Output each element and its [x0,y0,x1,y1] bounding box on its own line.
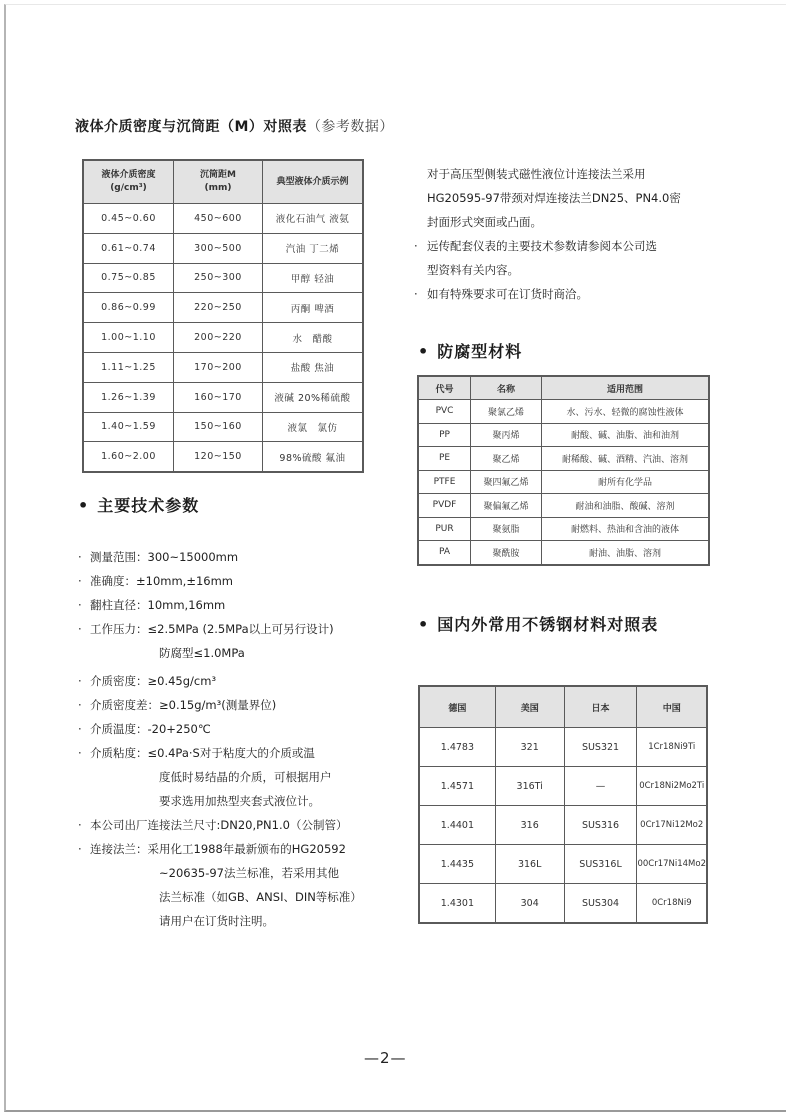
cell-example: 液碱 20%稀硫酸 [263,382,364,412]
cell-density: 1.26~1.39 [83,382,174,412]
cell-germany: 1.4301 [419,884,495,924]
cell-example: 盐酸 焦油 [263,352,364,382]
cell-distance: 220~250 [174,293,263,323]
cell-example: 液化石油气 液氨 [263,204,364,234]
note-line: HG20595-97带颈对焊连接法兰DN25、PN4.0密 [420,186,740,210]
cell-scope: 耐所有化学品 [542,470,710,494]
cell-scope: 耐酸、碱、油脂、油和油剂 [542,423,710,447]
cell-code: PP [418,423,471,447]
cell-scope: 耐燃料、热油和含油的液体 [542,517,710,541]
spec-value: ±10mm,±16mm [136,574,233,588]
table-header-row: 代号 名称 适用范围 [418,376,709,400]
header-china: 中国 [637,686,707,728]
cell-usa: 316Ti [495,767,564,806]
note-bullet: ·远传配套仪表的主要技术参数请参阅本公司选 [420,234,740,258]
spec-item-diameter: ·翻柱直径：10mm,16mm [78,593,408,617]
cell-usa: 304 [495,884,564,924]
header-density: 液体介质密度(g/cm³) [83,160,174,204]
cell-distance: 300~500 [174,233,263,263]
header-name: 名称 [471,376,542,400]
spec-label: 准确度： [90,574,136,588]
cell-distance: 120~150 [174,442,263,472]
cell-scope: 耐油和油脂、酸碱、溶剂 [542,494,710,518]
bullet-dot: • [418,615,429,634]
table-header-row: 德国 美国 日本 中国 [419,686,707,728]
steel-heading: •国内外常用不锈钢材料对照表 [418,612,658,635]
spec-item-temperature: ·介质温度：-20+250℃ [78,717,408,741]
density-table: 液体介质密度(g/cm³) 沉筒距M(mm) 典型液体介质示例 0.45~0.6… [82,159,364,473]
cell-code: PE [418,447,471,471]
spec-value: 10mm,16mm [148,598,226,612]
table-header-row: 液体介质密度(g/cm³) 沉筒距M(mm) 典型液体介质示例 [83,160,363,204]
cell-scope: 耐油、油脂、溶剂 [542,541,710,565]
cell-name: 聚乙烯 [471,447,542,471]
cell-density: 1.11~1.25 [83,352,174,382]
cell-name: 聚丙烯 [471,423,542,447]
density-title-suffix: （参考数据） [307,119,394,135]
cell-china: 0Cr18Ni9 [637,884,707,924]
cell-japan: — [564,767,637,806]
spec-value: 300~15000mm [148,550,239,564]
cell-usa: 321 [495,728,564,767]
cell-china: 0Cr18Ni2Mo2Ti [637,767,707,806]
cell-japan: SUS316L [564,845,637,884]
cell-name: 聚酰胺 [471,541,542,565]
spec-continuation: 防腐型≤1.0MPa [78,641,408,665]
bullet-dot: · [78,545,90,569]
table-row: 1.4783321SUS3211Cr18Ni9Ti [419,728,707,767]
spec-continuation: ~20635-97法兰标准，若采用其他 [78,861,408,885]
cell-code: PTFE [418,470,471,494]
table-row: PVC聚氯乙烯水、污水、轻微的腐蚀性液体 [418,400,709,424]
anticorrosion-table: 代号 名称 适用范围 PVC聚氯乙烯水、污水、轻微的腐蚀性液体 PP聚丙烯耐酸、… [417,375,710,566]
cell-density: 1.40~1.59 [83,412,174,442]
spec-label: 介质密度差： [90,698,159,712]
header-scope: 适用范围 [542,376,710,400]
cell-example: 98%硫酸 氟油 [263,442,364,472]
spec-item-range: ·测量范围：300~15000mm [78,545,408,569]
cell-example: 汽油 丁二烯 [263,233,364,263]
cell-japan: SUS316 [564,806,637,845]
cell-germany: 1.4571 [419,767,495,806]
cell-distance: 160~170 [174,382,263,412]
header-distance: 沉筒距M(mm) [174,160,263,204]
spec-item-factory-flange: ·本公司出厂连接法兰尺寸:DN20,PN1.0（公制管） [78,813,408,837]
table-row: PE聚乙烯耐稀酸、碱、酒精、汽油、溶剂 [418,447,709,471]
cell-density: 0.75~0.85 [83,263,174,293]
cell-distance: 150~160 [174,412,263,442]
cell-density: 1.60~2.00 [83,442,174,472]
table-row: 1.11~1.25170~200盐酸 焦油 [83,352,363,382]
bullet-dot: · [414,234,418,258]
note-bullet: ·如有特殊要求可在订货时商洽。 [420,282,740,306]
table-row: 1.26~1.39160~170液碱 20%稀硫酸 [83,382,363,412]
spec-continuation: 度低时易结晶的介质，可根据用户 [78,765,408,789]
anticorrosion-heading: •防腐型材料 [418,339,522,362]
table-row: 0.61~0.74300~500汽油 丁二烯 [83,233,363,263]
table-row: 1.40~1.59150~160液氯 氯仿 [83,412,363,442]
cell-density: 0.61~0.74 [83,233,174,263]
spec-value: DN20,PN1.0（公制管） [220,818,347,832]
cell-scope: 水、污水、轻微的腐蚀性液体 [542,400,710,424]
spec-label: 翻柱直径： [90,598,148,612]
spec-label: 介质温度： [90,722,148,736]
stainless-steel-table: 德国 美国 日本 中国 1.4783321SUS3211Cr18Ni9Ti 1.… [418,685,708,924]
bullet-dot: · [78,717,90,741]
bullet-dot: · [78,669,90,693]
table-row: 0.86~0.99220~250丙酮 啤酒 [83,293,363,323]
spec-continuation: 要求选用加热型夹套式液位计。 [78,789,408,813]
specs-list: ·测量范围：300~15000mm ·准确度：±10mm,±16mm ·翻柱直径… [78,545,408,933]
spec-value: ≤2.5MPa (2.5MPa以上可另行设计) [148,622,334,636]
table-row: PVDF聚偏氟乙烯耐油和油脂、酸碱、溶剂 [418,494,709,518]
note-line: 封面形式突面或凸面。 [420,210,740,234]
spec-item-viscosity: ·介质粘度：≤0.4Pa·S对于粘度大的介质或温 [78,741,408,765]
spec-item-accuracy: ·准确度：±10mm,±16mm [78,569,408,593]
cell-china: 1Cr18Ni9Ti [637,728,707,767]
spec-label: 连接法兰： [90,842,148,856]
cell-germany: 1.4783 [419,728,495,767]
table-row: 1.4571316Ti—0Cr18Ni2Mo2Ti [419,767,707,806]
bullet-dot: · [78,693,90,717]
note-line: 对于高压型侧装式磁性液位计连接法兰采用 [420,162,740,186]
bullet-dot: · [78,813,90,837]
table-row: 0.45~0.60450~600液化石油气 液氨 [83,204,363,234]
spec-value: -20+250℃ [148,722,211,736]
table-row: PTFE聚四氟乙烯耐所有化学品 [418,470,709,494]
bullet-dot: • [78,496,89,515]
cell-name: 聚氨脂 [471,517,542,541]
table-row: 1.4401316SUS3160Cr17Ni12Mo2 [419,806,707,845]
cell-code: PVC [418,400,471,424]
spec-label: 介质密度： [90,674,148,688]
spec-item-density: ·介质密度：≥0.45g/cm³ [78,669,408,693]
bullet-dot: · [414,282,418,306]
cell-example: 液氯 氯仿 [263,412,364,442]
spec-value: ≥0.45g/cm³ [148,674,217,688]
cell-name: 聚偏氟乙烯 [471,494,542,518]
cell-usa: 316 [495,806,564,845]
flange-notes: 对于高压型侧装式磁性液位计连接法兰采用 HG20595-97带颈对焊连接法兰DN… [420,162,740,306]
bullet-dot: · [78,569,90,593]
spec-label: 测量范围： [90,550,148,564]
cell-example: 水 醋酸 [263,323,364,353]
cell-code: PUR [418,517,471,541]
heading-text: 国内外常用不锈钢材料对照表 [437,615,658,634]
note-line: 型资料有关内容。 [420,258,740,282]
spec-continuation: 法兰标准（如GB、ANSI、DIN等标准） [78,885,408,909]
cell-distance: 200~220 [174,323,263,353]
cell-distance: 250~300 [174,263,263,293]
specs-heading: •主要技术参数 [78,493,199,516]
spec-continuation: 请用户在订货时注明。 [78,909,408,933]
cell-japan: SUS304 [564,884,637,924]
cell-example: 甲醇 轻油 [263,263,364,293]
spec-value: ≤0.4Pa·S对于粘度大的介质或温 [148,746,315,760]
cell-name: 聚四氟乙烯 [471,470,542,494]
cell-china: 0Cr17Ni12Mo2 [637,806,707,845]
cell-code: PVDF [418,494,471,518]
density-title-text: 液体介质密度与沉筒距（M）对照表 [75,119,307,135]
cell-germany: 1.4435 [419,845,495,884]
cell-example: 丙酮 啤酒 [263,293,364,323]
heading-text: 防腐型材料 [437,342,522,361]
spec-item-pressure: ·工作压力：≤2.5MPa (2.5MPa以上可另行设计) [78,617,408,641]
bullet-dot: • [418,342,429,361]
spec-item-flange: ·连接法兰：采用化工1988年最新颁布的HG20592 [78,837,408,861]
density-table-title: 液体介质密度与沉筒距（M）对照表（参考数据） [75,116,394,136]
spec-label: 本公司出厂连接法兰尺寸: [90,818,220,832]
table-row: PUR聚氨脂耐燃料、热油和含油的液体 [418,517,709,541]
heading-text: 主要技术参数 [97,496,199,515]
cell-japan: SUS321 [564,728,637,767]
spec-label: 工作压力： [90,622,148,636]
spec-value: ≥0.15g/m³(测量界位) [159,698,276,712]
cell-name: 聚氯乙烯 [471,400,542,424]
bullet-dot: · [78,741,90,765]
table-row: 0.75~0.85250~300甲醇 轻油 [83,263,363,293]
spec-value: 采用化工1988年最新颁布的HG20592 [148,842,346,856]
table-row: 1.00~1.10200~220水 醋酸 [83,323,363,353]
bullet-dot: · [78,593,90,617]
table-row: PP聚丙烯耐酸、碱、油脂、油和油剂 [418,423,709,447]
header-code: 代号 [418,376,471,400]
spec-label: 介质粘度： [90,746,148,760]
table-row: 1.60~2.00120~15098%硫酸 氟油 [83,442,363,472]
bullet-dot: · [78,837,90,861]
cell-density: 0.86~0.99 [83,293,174,323]
header-germany: 德国 [419,686,495,728]
header-example: 典型液体介质示例 [263,160,364,204]
cell-density: 1.00~1.10 [83,323,174,353]
table-row: 1.4435316LSUS316L00Cr17Ni14Mo2 [419,845,707,884]
table-row: PA聚酰胺耐油、油脂、溶剂 [418,541,709,565]
header-japan: 日本 [564,686,637,728]
cell-china: 00Cr17Ni14Mo2 [637,845,707,884]
cell-germany: 1.4401 [419,806,495,845]
page-number: —2— [364,1049,407,1067]
cell-code: PA [418,541,471,565]
header-usa: 美国 [495,686,564,728]
spec-item-density-diff: ·介质密度差：≥0.15g/m³(测量界位) [78,693,408,717]
cell-distance: 170~200 [174,352,263,382]
cell-density: 0.45~0.60 [83,204,174,234]
cell-distance: 450~600 [174,204,263,234]
cell-usa: 316L [495,845,564,884]
bullet-dot: · [78,617,90,641]
cell-scope: 耐稀酸、碱、酒精、汽油、溶剂 [542,447,710,471]
table-row: 1.4301304SUS3040Cr18Ni9 [419,884,707,924]
